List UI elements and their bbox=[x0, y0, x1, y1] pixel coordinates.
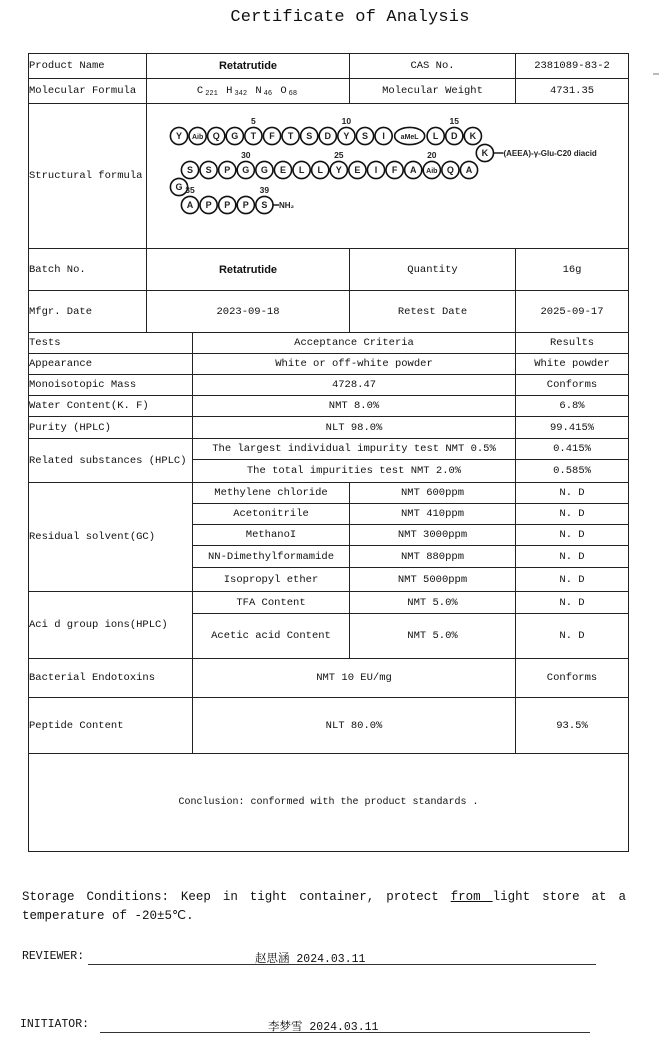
svg-text:S: S bbox=[306, 131, 312, 141]
col-results: Results bbox=[516, 333, 629, 354]
structure-label-text: (AEEA)-γ-Glu-C20 diacid bbox=[503, 149, 596, 158]
residue: A bbox=[405, 161, 422, 178]
svg-text:K: K bbox=[482, 148, 489, 158]
formula-label: Molecular Formula bbox=[29, 79, 147, 104]
test-name: Bacterial Endotoxins bbox=[29, 659, 193, 698]
residue-number: 25 bbox=[334, 150, 344, 160]
residue: G bbox=[237, 161, 254, 178]
residue: K bbox=[464, 127, 481, 144]
acid-limit: NMT 5.0% bbox=[350, 614, 516, 659]
initiator-signature: INITIATOR: 李梦雪 2024.03.11 bbox=[20, 1018, 600, 1038]
svg-text:F: F bbox=[392, 165, 398, 175]
svg-text:P: P bbox=[243, 200, 249, 210]
residue-number: 5 bbox=[251, 116, 256, 126]
residue: I bbox=[375, 127, 392, 144]
test-criteria: The largest individual impurity test NMT… bbox=[193, 439, 516, 460]
residue: F bbox=[263, 127, 280, 144]
residue: S bbox=[181, 161, 198, 178]
test-result: 99.415% bbox=[516, 417, 629, 439]
test-criteria: The total impurities test NMT 2.0% bbox=[193, 460, 516, 483]
svg-text:S: S bbox=[187, 165, 193, 175]
residue: G bbox=[256, 161, 273, 178]
formula-n-count: 46 bbox=[264, 90, 272, 98]
residue: S bbox=[301, 127, 318, 144]
svg-text:G: G bbox=[261, 165, 268, 175]
svg-text:G: G bbox=[231, 131, 238, 141]
reviewer-label: REVIEWER: bbox=[22, 950, 84, 963]
residue: S bbox=[256, 196, 273, 213]
residue-number: 39 bbox=[260, 185, 270, 195]
product-name-label: Product Name bbox=[29, 54, 147, 79]
row-product-name: Product Name Retatrutide CAS No. 2381089… bbox=[29, 54, 629, 79]
test-result: 0.585% bbox=[516, 460, 629, 483]
solvent-limit: NMT 410ppm bbox=[350, 504, 516, 525]
initiator-label: INITIATOR: bbox=[20, 1018, 89, 1031]
certificate-table: Product Name Retatrutide CAS No. 2381089… bbox=[28, 53, 629, 852]
row-water: Water Content(K. F) NMT 8.0% 6.8% bbox=[29, 396, 629, 417]
residue: T bbox=[245, 127, 262, 144]
structure-label: Structural formula bbox=[29, 104, 147, 249]
svg-text:D: D bbox=[325, 131, 332, 141]
residue: P bbox=[200, 196, 217, 213]
svg-text:P: P bbox=[224, 200, 230, 210]
residue: Q bbox=[442, 161, 459, 178]
mw-value: 4731.35 bbox=[516, 79, 629, 104]
quantity-value: 16g bbox=[516, 249, 629, 291]
svg-text:K: K bbox=[470, 131, 477, 141]
residue: P bbox=[219, 196, 236, 213]
residue: Aib bbox=[423, 161, 440, 178]
solvent-name: Methylene chloride bbox=[193, 483, 350, 504]
formula-o-count: 68 bbox=[289, 90, 297, 98]
solvent-result: N. D bbox=[516, 525, 629, 546]
quantity-label: Quantity bbox=[350, 249, 516, 291]
svg-text:Aib: Aib bbox=[192, 134, 203, 141]
svg-text:E: E bbox=[354, 165, 360, 175]
peptide-structure-diagram: YAibQGTFTSDYSIaMeLLDK51015K(AEEA)-γ-Glu-… bbox=[149, 104, 625, 244]
residue: Aib bbox=[189, 127, 206, 144]
acid-limit: NMT 5.0% bbox=[350, 592, 516, 614]
svg-text:L: L bbox=[317, 165, 323, 175]
formula-c-count: 221 bbox=[205, 90, 218, 98]
row-structural-formula: Structural formula YAibQGTFTSDYSIaMeLLDK… bbox=[29, 104, 629, 249]
solvent-result: N. D bbox=[516, 504, 629, 525]
svg-text:L: L bbox=[299, 165, 305, 175]
residue: E bbox=[274, 161, 291, 178]
mw-label: Molecular Weight bbox=[350, 79, 516, 104]
svg-text:Y: Y bbox=[343, 131, 349, 141]
structure-label-text: NH₂ bbox=[279, 201, 295, 210]
svg-text:A: A bbox=[466, 165, 473, 175]
solvent-result: N. D bbox=[516, 483, 629, 504]
row-mono-mass: Monoisotopic Mass 4728.47 Conforms bbox=[29, 375, 629, 396]
svg-text:G: G bbox=[175, 182, 182, 192]
mfg-label: Mfgr. Date bbox=[29, 291, 147, 333]
svg-text:Y: Y bbox=[176, 131, 182, 141]
svg-text:Q: Q bbox=[447, 165, 454, 175]
test-name: Purity (HPLC) bbox=[29, 417, 193, 439]
solvent-limit: NMT 880ppm bbox=[350, 546, 516, 568]
test-name: Appearance bbox=[29, 354, 193, 375]
storage-conditions: Storage Conditions: Keep in tight contai… bbox=[22, 888, 626, 926]
row-purity: Purity (HPLC) NLT 98.0% 99.415% bbox=[29, 417, 629, 439]
row-mfg-date: Mfgr. Date 2023-09-18 Retest Date 2025-0… bbox=[29, 291, 629, 333]
solvent-result: N. D bbox=[516, 568, 629, 592]
acid-item: Acetic acid Content bbox=[193, 614, 350, 659]
residue: aMeL bbox=[395, 127, 425, 144]
residue: Y bbox=[170, 127, 187, 144]
batch-label: Batch No. bbox=[29, 249, 147, 291]
acid-item: TFA Content bbox=[193, 592, 350, 614]
initiator-value: 李梦雪 2024.03.11 bbox=[268, 1018, 378, 1034]
residue: A bbox=[181, 196, 198, 213]
residue: Q bbox=[208, 127, 225, 144]
residue-number: 10 bbox=[342, 116, 352, 126]
test-criteria: 4728.47 bbox=[193, 375, 516, 396]
conclusion-text: Conclusion: conformed with the product s… bbox=[29, 754, 629, 852]
solvent-name: Acetonitrile bbox=[193, 504, 350, 525]
residue: P bbox=[219, 161, 236, 178]
svg-text:S: S bbox=[206, 165, 212, 175]
residue-number: 35 bbox=[185, 185, 195, 195]
col-criteria: Acceptance Criteria bbox=[193, 333, 516, 354]
col-tests: Tests bbox=[29, 333, 193, 354]
svg-text:D: D bbox=[451, 131, 458, 141]
residue: G bbox=[226, 127, 243, 144]
svg-text:I: I bbox=[382, 131, 385, 141]
svg-text:T: T bbox=[251, 131, 257, 141]
test-result: Conforms bbox=[516, 659, 629, 698]
row-residual-1: Residual solvent(GC) Methylene chloride … bbox=[29, 483, 629, 504]
row-endotoxins: Bacterial Endotoxins NMT 10 EU/mg Confor… bbox=[29, 659, 629, 698]
row-appearance: Appearance White or off-white powder Whi… bbox=[29, 354, 629, 375]
acid-result: N. D bbox=[516, 592, 629, 614]
row-conclusion: Conclusion: conformed with the product s… bbox=[29, 754, 629, 852]
residue-number: 30 bbox=[241, 150, 251, 160]
structure-cell: YAibQGTFTSDYSIaMeLLDK51015K(AEEA)-γ-Glu-… bbox=[147, 104, 629, 249]
test-result: 0.415% bbox=[516, 439, 629, 460]
product-name-value: Retatrutide bbox=[147, 54, 350, 79]
test-criteria: NLT 98.0% bbox=[193, 417, 516, 439]
retest-value: 2025-09-17 bbox=[516, 291, 629, 333]
residue: Y bbox=[338, 127, 355, 144]
svg-text:T: T bbox=[288, 131, 294, 141]
batch-value: Retatrutide bbox=[147, 249, 350, 291]
svg-text:S: S bbox=[362, 131, 368, 141]
test-criteria: NLT 80.0% bbox=[193, 698, 516, 754]
margin-mark bbox=[653, 73, 659, 75]
residue: L bbox=[312, 161, 329, 178]
svg-text:I: I bbox=[375, 165, 378, 175]
svg-text:aMeL: aMeL bbox=[401, 134, 420, 141]
svg-text:P: P bbox=[206, 200, 212, 210]
test-criteria: NMT 8.0% bbox=[193, 396, 516, 417]
svg-text:E: E bbox=[280, 165, 286, 175]
row-molecular-formula: Molecular Formula C221 H342 N46 O68 Mole… bbox=[29, 79, 629, 104]
cas-label: CAS No. bbox=[350, 54, 516, 79]
test-name: Related substances (HPLC) bbox=[29, 439, 193, 483]
formula-value: C221 H342 N46 O68 bbox=[147, 79, 350, 104]
cas-value: 2381089-83-2 bbox=[516, 54, 629, 79]
residue: D bbox=[446, 127, 463, 144]
solvent-name: MethanoI bbox=[193, 525, 350, 546]
svg-text:A: A bbox=[187, 200, 194, 210]
residue: F bbox=[386, 161, 403, 178]
residue: I bbox=[367, 161, 384, 178]
test-name: Residual solvent(GC) bbox=[29, 483, 193, 592]
solvent-name: Isopropyl ether bbox=[193, 568, 350, 592]
storage-underlined: from bbox=[451, 890, 493, 904]
solvent-limit: NMT 5000ppm bbox=[350, 568, 516, 592]
residue: S bbox=[200, 161, 217, 178]
test-result: White powder bbox=[516, 354, 629, 375]
residue: A bbox=[460, 161, 477, 178]
test-result: 6.8% bbox=[516, 396, 629, 417]
svg-text:F: F bbox=[269, 131, 275, 141]
solvent-limit: NMT 3000ppm bbox=[350, 525, 516, 546]
residue: K bbox=[476, 144, 493, 161]
solvent-name: NN-Dimethylformamide bbox=[193, 546, 350, 568]
test-name: Peptide Content bbox=[29, 698, 193, 754]
test-criteria: NMT 10 EU/mg bbox=[193, 659, 516, 698]
test-name: Monoisotopic Mass bbox=[29, 375, 193, 396]
acid-result: N. D bbox=[516, 614, 629, 659]
svg-text:G: G bbox=[242, 165, 249, 175]
storage-text-1: Storage Conditions: Keep in tight contai… bbox=[22, 890, 451, 904]
svg-text:Aib: Aib bbox=[426, 168, 437, 175]
reviewer-value: 赵思涵 2024.03.11 bbox=[255, 950, 365, 966]
test-name: Aci d group ions(HPLC) bbox=[29, 592, 193, 659]
test-result: Conforms bbox=[516, 375, 629, 396]
svg-text:P: P bbox=[224, 165, 230, 175]
row-tests-header: Tests Acceptance Criteria Results bbox=[29, 333, 629, 354]
svg-text:S: S bbox=[261, 200, 267, 210]
reviewer-signature: REVIEWER: 赵思涵 2024.03.11 bbox=[22, 950, 602, 970]
residue: S bbox=[356, 127, 373, 144]
residue: Y bbox=[330, 161, 347, 178]
row-acid-1: Aci d group ions(HPLC) TFA Content NMT 5… bbox=[29, 592, 629, 614]
svg-text:L: L bbox=[433, 131, 439, 141]
mfg-value: 2023-09-18 bbox=[147, 291, 350, 333]
formula-h-count: 342 bbox=[234, 90, 247, 98]
retest-label: Retest Date bbox=[350, 291, 516, 333]
test-result: 93.5% bbox=[516, 698, 629, 754]
row-related-1: Related substances (HPLC) The largest in… bbox=[29, 439, 629, 460]
residue: E bbox=[349, 161, 366, 178]
residue: L bbox=[293, 161, 310, 178]
row-peptide: Peptide Content NLT 80.0% 93.5% bbox=[29, 698, 629, 754]
svg-text:Y: Y bbox=[336, 165, 342, 175]
row-batch: Batch No. Retatrutide Quantity 16g bbox=[29, 249, 629, 291]
residue-number: 20 bbox=[427, 150, 437, 160]
document-title: Certificate of Analysis bbox=[0, 8, 666, 27]
solvent-limit: NMT 600ppm bbox=[350, 483, 516, 504]
svg-text:Q: Q bbox=[213, 131, 220, 141]
test-name: Water Content(K. F) bbox=[29, 396, 193, 417]
residue-number: 15 bbox=[450, 116, 460, 126]
residue: D bbox=[319, 127, 336, 144]
residue: P bbox=[237, 196, 254, 213]
residue: T bbox=[282, 127, 299, 144]
svg-text:A: A bbox=[410, 165, 417, 175]
test-criteria: White or off-white powder bbox=[193, 354, 516, 375]
residue: L bbox=[427, 127, 444, 144]
solvent-result: N. D bbox=[516, 546, 629, 568]
